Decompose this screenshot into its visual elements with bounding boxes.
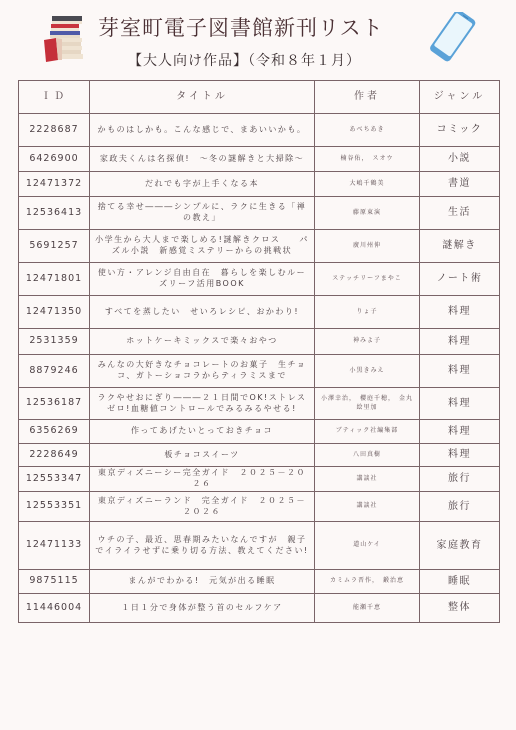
book-genre: 旅行: [420, 467, 500, 492]
table-row: 12471801使い方・アレンジ自由自在 暮らしを楽しむルーズリーフ活用BOOK…: [19, 263, 500, 296]
column-header-author: 作者: [315, 81, 420, 114]
book-title: 捨てる幸せ―――シンプルに、ラクに生きる「禅の教え」: [90, 197, 315, 230]
table-row: 9875115まんがでわかる! 元気が出る睡眠カミムラ晋作， 鍛治恵睡眠: [19, 570, 500, 594]
book-genre: 料理: [420, 420, 500, 444]
book-id: 12471350: [19, 296, 90, 329]
book-id: 2228687: [19, 114, 90, 147]
book-author: あべちあき: [315, 114, 420, 147]
book-author: カミムラ晋作， 鍛治恵: [315, 570, 420, 594]
book-genre: 生活: [420, 197, 500, 230]
book-title: 作ってあげたいとっておきチョコ: [90, 420, 315, 444]
column-header-title: タイトル: [90, 81, 315, 114]
book-id: 12471372: [19, 172, 90, 197]
book-genre: 小説: [420, 147, 500, 172]
table-header-row: ＩＤ タイトル 作者 ジャンル: [19, 81, 500, 114]
book-genre: 料理: [420, 444, 500, 467]
column-header-id: ＩＤ: [19, 81, 90, 114]
table-row: 12536413捨てる幸せ―――シンプルに、ラクに生きる「禅の教え」藤原東演生活: [19, 197, 500, 230]
book-title: みんなの大好きなチョコレートのお菓子 生チョコ、ガトーショコラからティラミスまで: [90, 355, 315, 388]
table-row: 2228649板チョコスイーツ八田真樹料理: [19, 444, 500, 467]
table-row: 12553347東京ディズニーシー完全ガイド ２０２５－２０２６講談社旅行: [19, 467, 500, 492]
book-author: 神みよ子: [315, 329, 420, 355]
book-id: 12536187: [19, 388, 90, 420]
book-title: 家政夫くんは名探偵! ～冬の謎解きと大掃除～: [90, 147, 315, 172]
book-title: だれでも字が上手くなる本: [90, 172, 315, 197]
book-id: 8879246: [19, 355, 90, 388]
book-id: 6356269: [19, 420, 90, 444]
book-title: 小学生から大人まで楽しめる!謎解きクロス パズル小説 新感覚ミステリーからの挑戦…: [90, 230, 315, 263]
table-row: 12471133ウチの子、最近、思春期みたいなんですが 親子でイライラせずに乗り…: [19, 522, 500, 570]
table-row: 2228687かものはしかも。こんな感じで、まあいいかも。あべちあきコミック: [19, 114, 500, 147]
book-genre: 料理: [420, 355, 500, 388]
book-author: 能瀬千恵: [315, 594, 420, 623]
book-genre: 料理: [420, 329, 500, 355]
table-row: 8879246みんなの大好きなチョコレートのお菓子 生チョコ、ガトーショコラから…: [19, 355, 500, 388]
book-author: 講談社: [315, 467, 420, 492]
book-title: ウチの子、最近、思春期みたいなんですが 親子でイライラせずに乗り切る方法、教えて…: [90, 522, 315, 570]
book-author: りょ子: [315, 296, 420, 329]
book-author: 小黒きみえ: [315, 355, 420, 388]
page-subtitle: 【大人向け作品】（令和８年１月）: [128, 50, 361, 70]
table-row: 5691257小学生から大人まで楽しめる!謎解きクロス パズル小説 新感覚ミステ…: [19, 230, 500, 263]
book-genre: 整体: [420, 594, 500, 623]
book-id: 2228649: [19, 444, 90, 467]
book-title: かものはしかも。こんな感じで、まあいいかも。: [90, 114, 315, 147]
book-title: すべてを蒸したい せいろレシピ、おかわり!: [90, 296, 315, 329]
book-genre: 謎解き: [420, 230, 500, 263]
table-row: 11446004１日１分で身体が整う首のセルフケア能瀬千恵整体: [19, 594, 500, 623]
table-row: 12471350すべてを蒸したい せいろレシピ、おかわり!りょ子料理: [19, 296, 500, 329]
book-author: 藤原東演: [315, 197, 420, 230]
book-author: ブティック社編集部: [315, 420, 420, 444]
book-title: ホットケーキミックスで楽々おやつ: [90, 329, 315, 355]
book-id: 12553347: [19, 467, 90, 492]
book-author: 八田真樹: [315, 444, 420, 467]
book-genre: ノート術: [420, 263, 500, 296]
book-author: 廣川州伸: [315, 230, 420, 263]
book-id: 6426900: [19, 147, 90, 172]
book-genre: 睡眠: [420, 570, 500, 594]
book-genre: 書道: [420, 172, 500, 197]
book-id: 11446004: [19, 594, 90, 623]
book-id: 9875115: [19, 570, 90, 594]
book-title: １日１分で身体が整う首のセルフケア: [90, 594, 315, 623]
table-row: 12553351東京ディズニーランド 完全ガイド ２０２５－２０２６講談社旅行: [19, 492, 500, 522]
book-title: ラクやせおにぎり―――２１日間でOK!ストレスゼロ!血糖値コントロールでみるみる…: [90, 388, 315, 420]
book-author: ステッチリーフまやこ: [315, 263, 420, 296]
page-header: 芽室町電子図書館新刊リスト 【大人向け作品】（令和８年１月）: [0, 0, 516, 78]
book-title: 東京ディズニーシー完全ガイド ２０２５－２０２６: [90, 467, 315, 492]
book-author: 楠谷佑， スオウ: [315, 147, 420, 172]
book-genre: コミック: [420, 114, 500, 147]
table-row: 6356269作ってあげたいとっておきチョコブティック社編集部料理: [19, 420, 500, 444]
book-id: 12471801: [19, 263, 90, 296]
book-author: 小澤幸治， 櫻庭千穂， 金丸絵里加: [315, 388, 420, 420]
book-title: 使い方・アレンジ自由自在 暮らしを楽しむルーズリーフ活用BOOK: [90, 263, 315, 296]
column-header-genre: ジャンル: [420, 81, 500, 114]
book-id: 5691257: [19, 230, 90, 263]
table-row: 12471372だれでも字が上手くなる本大嶋千鶴美書道: [19, 172, 500, 197]
book-author: 講談社: [315, 492, 420, 522]
book-genre: 料理: [420, 388, 500, 420]
book-id: 12553351: [19, 492, 90, 522]
book-genre: 旅行: [420, 492, 500, 522]
table-row: 2531359ホットケーキミックスで楽々おやつ神みよ子料理: [19, 329, 500, 355]
new-books-table: ＩＤ タイトル 作者 ジャンル 2228687かものはしかも。こんな感じで、まあ…: [18, 80, 500, 623]
book-id: 12536413: [19, 197, 90, 230]
books-stack-icon: [42, 12, 90, 64]
book-id: 12471133: [19, 522, 90, 570]
book-title: 板チョコスイーツ: [90, 444, 315, 467]
page-title: 芽室町電子図書館新刊リスト: [98, 12, 384, 42]
smartphone-icon: [420, 12, 482, 64]
book-title: 東京ディズニーランド 完全ガイド ２０２５－２０２６: [90, 492, 315, 522]
table-row: 6426900家政夫くんは名探偵! ～冬の謎解きと大掃除～楠谷佑， スオウ小説: [19, 147, 500, 172]
book-genre: 家庭教育: [420, 522, 500, 570]
book-author: 道山ケイ: [315, 522, 420, 570]
book-id: 2531359: [19, 329, 90, 355]
book-genre: 料理: [420, 296, 500, 329]
book-author: 大嶋千鶴美: [315, 172, 420, 197]
table-row: 12536187ラクやせおにぎり―――２１日間でOK!ストレスゼロ!血糖値コント…: [19, 388, 500, 420]
book-title: まんがでわかる! 元気が出る睡眠: [90, 570, 315, 594]
